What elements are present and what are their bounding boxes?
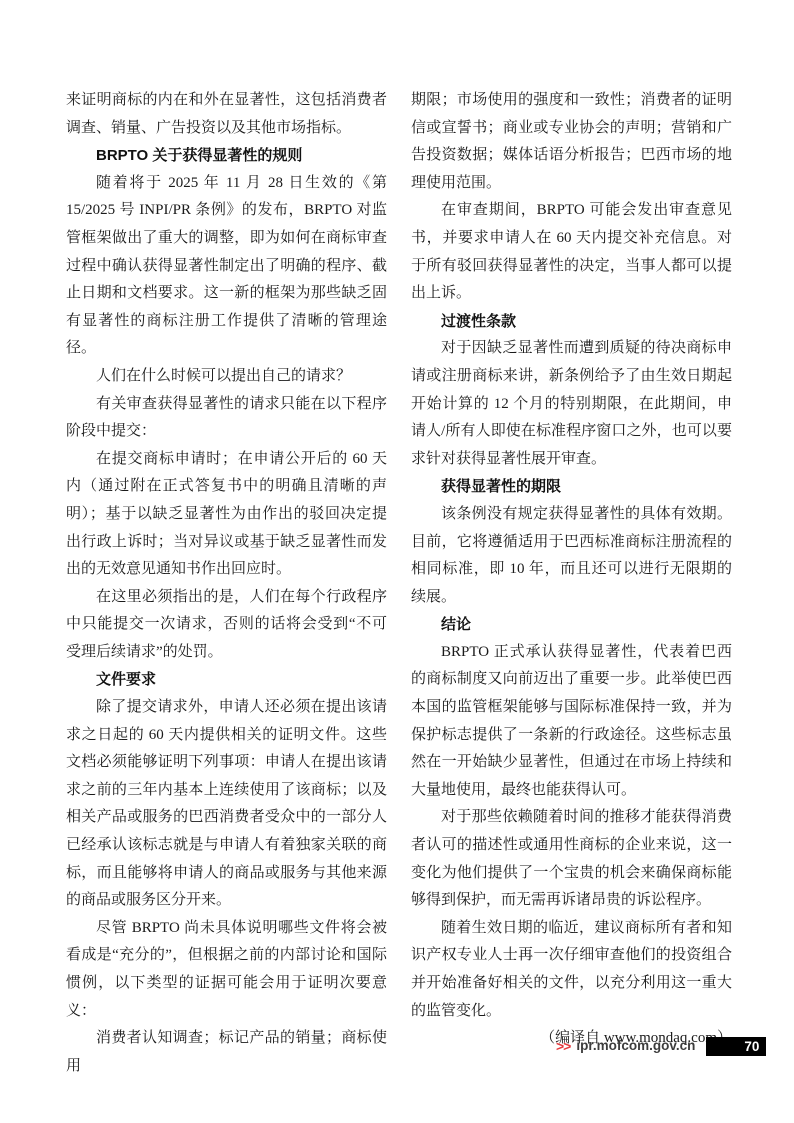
body-paragraph: 在这里必须指出的是，人们在每个行政程序中只能提交一次请求，否则的话将会受到“不可… (66, 584, 387, 667)
body-paragraph: 对于那些依赖随着时间的推移才能获得消费者认可的描述性或通用性商标的企业来说，这一… (411, 804, 732, 914)
body-paragraph: 除了提交请求外，申请人还必须在提出该请求之日起的 60 天内提供相关的证明文件。… (66, 694, 387, 915)
double-chevron-icon: >> (556, 1036, 570, 1056)
section-heading: 文件要求 (66, 666, 387, 694)
body-paragraph: 消费者认知调查；标记产品的销量；商标使用 (66, 1025, 387, 1080)
footer-site-url: ipr.mofcom.gov.cn (576, 1036, 695, 1056)
page-number-badge: 70 (706, 1037, 766, 1056)
left-column: 来证明商标的内在和外在显著性，这包括消费者调查、销量、广告投资以及其他市场指标。… (66, 87, 387, 1080)
section-heading: BRPTO 关于获得显著性的规则 (66, 142, 387, 170)
body-paragraph: 在审查期间，BRPTO 可能会发出审查意见书，并要求申请人在 60 天内提交补充… (411, 197, 732, 307)
body-paragraph: 随着生效日期的临近，建议商标所有者和知识产权专业人士再一次仔细审查他们的投资组合… (411, 915, 732, 1025)
body-paragraph: 人们在什么时候可以提出自己的请求？ (66, 363, 387, 391)
right-column: 期限；市场使用的强度和一致性；消费者的证明信或宣誓书；商业或专业协会的声明；营销… (411, 87, 732, 1053)
section-heading: 结论 (411, 611, 732, 639)
body-paragraph: BRPTO 正式承认获得显著性，代表着巴西的商标制度又向前迈出了重要一步。此举使… (411, 639, 732, 805)
body-paragraph: 在提交商标申请时；在申请公开后的 60 天内（通过附在正式答复书中的明确且清晰的… (66, 446, 387, 584)
body-paragraph: 尽管 BRPTO 尚未具体说明哪些文件将会被看成是“充分的”，但根据之前的内部讨… (66, 915, 387, 1025)
section-heading: 过渡性条款 (411, 308, 732, 336)
page-footer: >> ipr.mofcom.gov.cn 70 (556, 1036, 766, 1056)
body-paragraph: 期限；市场使用的强度和一致性；消费者的证明信或宣誓书；商业或专业协会的声明；营销… (411, 87, 732, 197)
body-paragraph: 有关审查获得显著性的请求只能在以下程序阶段中提交： (66, 391, 387, 446)
body-paragraph: 对于因缺乏显著性而遭到质疑的待决商标申请或注册商标来讲，新条例给予了由生效日期起… (411, 335, 732, 473)
body-paragraph: 随着将于 2025 年 11 月 28 日生效的《第 15/2025 号 INP… (66, 170, 387, 363)
body-paragraph: 来证明商标的内在和外在显著性，这包括消费者调查、销量、广告投资以及其他市场指标。 (66, 87, 387, 142)
section-heading: 获得显著性的期限 (411, 473, 732, 501)
document-page: 来证明商标的内在和外在显著性，这包括消费者调查、销量、广告投资以及其他市场指标。… (0, 0, 794, 1123)
body-paragraph: 该条例没有规定获得显著性的具体有效期。目前，它将遵循适用于巴西标准商标注册流程的… (411, 501, 732, 611)
